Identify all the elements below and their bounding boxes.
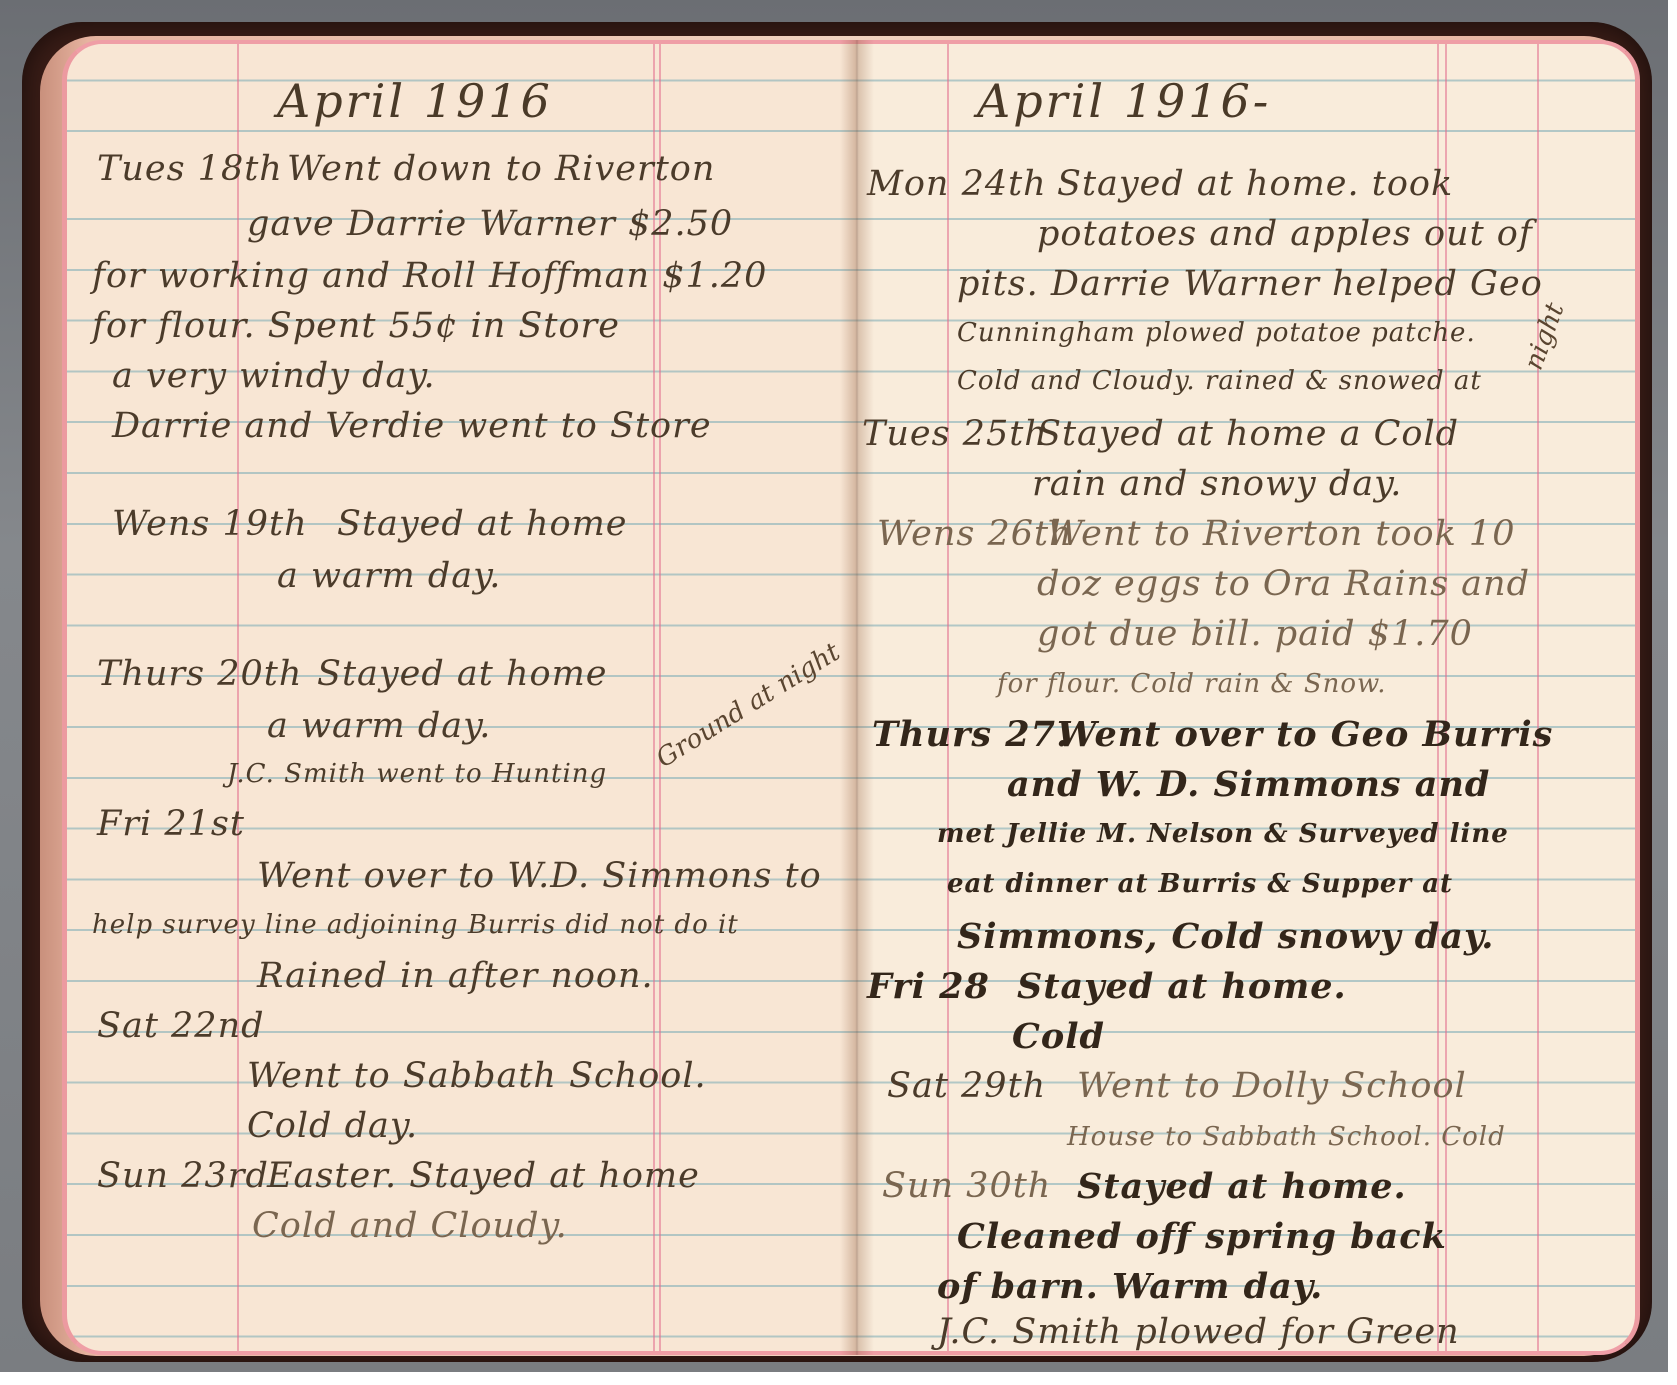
entry-day: Tues 18th bbox=[97, 149, 283, 189]
entry-day: Sat 29th bbox=[887, 1066, 1046, 1106]
margin-note: Ground at night bbox=[651, 637, 845, 774]
entry-day: Sun 23rd bbox=[97, 1156, 269, 1196]
entry-line: a warm day. bbox=[277, 556, 501, 596]
entry-line: Stayed at home. bbox=[1077, 1166, 1407, 1207]
entry-day: Wens 26th bbox=[877, 514, 1073, 554]
entry-line: Cold day. bbox=[247, 1106, 418, 1146]
entry-day: Sat 22nd bbox=[97, 1006, 265, 1046]
scanner-background: April 1916 Tues 18th Went down to Rivert… bbox=[0, 0, 1668, 1372]
entry-line: Stayed at home. took bbox=[1057, 164, 1453, 204]
margin-note: night bbox=[1519, 299, 1571, 374]
entry-day: Thurs 20th bbox=[97, 654, 302, 694]
entry-line: Darrie and Verdie went to Store bbox=[112, 406, 712, 446]
entry-line: Cunningham plowed potatoe patche. bbox=[957, 318, 1476, 348]
entry-line: Easter. Stayed at home bbox=[267, 1156, 700, 1196]
entry-line: a very windy day. bbox=[112, 356, 436, 396]
entry-line: J.C. Smith went to Hunting bbox=[227, 759, 607, 789]
page-header: April 1916- bbox=[977, 74, 1271, 128]
entry-line: gave Darrie Warner $2.50 bbox=[247, 204, 733, 244]
entry-line: Cold and Cloudy. bbox=[252, 1206, 568, 1246]
entry-line: Went to Dolly School bbox=[1077, 1066, 1467, 1106]
entry-day: Sun 30th bbox=[882, 1166, 1051, 1206]
entry-line: Rained in after noon. bbox=[257, 956, 654, 996]
entry-line: a warm day. bbox=[267, 706, 491, 746]
page-header: April 1916 bbox=[277, 74, 553, 128]
entry-line: pits. Darrie Warner helped Geo bbox=[957, 264, 1543, 304]
margin-line-left bbox=[237, 44, 239, 1351]
left-page: April 1916 Tues 18th Went down to Rivert… bbox=[62, 40, 857, 1355]
entry-line: Simmons, Cold snowy day. bbox=[957, 916, 1494, 957]
entry-line: potatoes and apples out of bbox=[1037, 214, 1533, 254]
entry-line: Stayed at home bbox=[317, 654, 608, 694]
entry-line: Went to Riverton took 10 bbox=[1047, 514, 1515, 554]
entry-line: for working and Roll Hoffman $1.20 bbox=[92, 256, 767, 296]
entry-line: Stayed at home a Cold bbox=[1037, 414, 1459, 454]
entry-day: Thurs 27. bbox=[872, 714, 1069, 755]
entry-line: Went to Sabbath School. bbox=[247, 1056, 707, 1096]
entry-line: doz eggs to Ora Rains and bbox=[1037, 564, 1530, 604]
column-line bbox=[1537, 44, 1539, 1351]
entry-line: eat dinner at Burris & Supper at bbox=[947, 869, 1453, 899]
entry-line: got due bill. paid $1.70 bbox=[1037, 614, 1473, 654]
entry-line: J.C. Smith plowed for Green bbox=[937, 1312, 1460, 1352]
entry-line: of barn. Warm day. bbox=[937, 1266, 1323, 1307]
entry-line: and W. D. Simmons and bbox=[1007, 764, 1490, 805]
entry-line: Cleaned off spring back bbox=[957, 1216, 1447, 1257]
entry-line: for flour. Spent 55¢ in Store bbox=[92, 306, 620, 346]
entry-line: rain and snowy day. bbox=[1032, 464, 1402, 504]
right-page: April 1916- Mon 24th Stayed at home. too… bbox=[857, 40, 1640, 1355]
entry-day: Mon 24th bbox=[867, 164, 1047, 204]
entry-day: Fri 21st bbox=[97, 804, 245, 844]
entry-line: for flour. Cold rain & Snow. bbox=[997, 669, 1387, 699]
entry-day: Wens 19th bbox=[112, 504, 308, 544]
entry-line: Went over to W.D. Simmons to bbox=[257, 856, 822, 896]
entry-day: Tues 25th bbox=[862, 414, 1048, 454]
margin-line-left bbox=[947, 44, 949, 1351]
entry-line: Cold bbox=[1012, 1016, 1105, 1057]
entry-line: Stayed at home. bbox=[1017, 966, 1347, 1007]
entry-line: House to Sabbath School. Cold bbox=[1067, 1122, 1506, 1152]
entry-line: Went down to Riverton bbox=[287, 149, 715, 189]
entry-line: Cold and Cloudy. rained & snowed at bbox=[957, 366, 1482, 396]
entry-line: met Jellie M. Nelson & Surveyed line bbox=[937, 819, 1509, 849]
entry-line: Went over to Geo Burris bbox=[1057, 714, 1553, 755]
entry-line: help survey line adjoining Burris did no… bbox=[92, 910, 739, 940]
entry-line: Stayed at home bbox=[337, 504, 628, 544]
entry-day: Fri 28 bbox=[867, 966, 990, 1007]
